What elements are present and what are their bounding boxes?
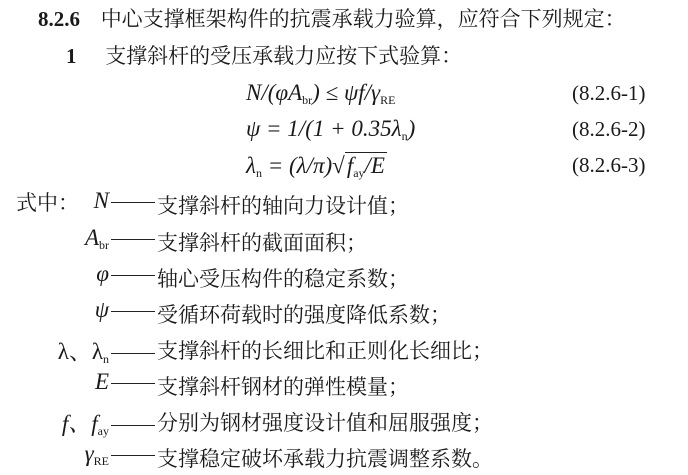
where-label: 式中： <box>16 190 79 216</box>
section-heading: 8.2.6 中心支撑框架构件的抗震承载力验算，应符合下列规定： <box>38 6 626 32</box>
eq3-rad-tail: /E <box>365 153 385 178</box>
clause-item: 1 支撑斜杆的受压承载力应按下式验算： <box>66 43 462 69</box>
def-text-psi: 受循环荷载时的强度降低系数； <box>157 299 451 329</box>
def-symbol-phi: φ <box>96 261 155 287</box>
def-symbol-lambda: λ、λn <box>58 333 155 366</box>
eq1-rhs-sub: RE <box>380 93 395 107</box>
section-title: 中心支撑框架构件的抗震承载力验算，应符合下列规定： <box>101 7 626 31</box>
section-number: 8.2.6 <box>38 7 80 31</box>
eq3-lhs: λ <box>246 153 256 178</box>
dash <box>111 455 155 456</box>
dash <box>111 425 155 426</box>
dash <box>111 202 155 203</box>
dash <box>111 353 155 354</box>
dash <box>111 311 155 312</box>
equation-8-2-6-3: λn = (λ/π)√fay/E <box>246 152 387 179</box>
def-text-N: 支撑斜杆的轴向力设计值； <box>157 190 409 220</box>
def-text-gammaRE: 支撑稳定破坏承载力抗震调整系数。 <box>157 443 493 473</box>
def-text-f: 分别为钢材强度设计值和屈服强度； <box>157 407 493 437</box>
def-text-Abr: 支撑斜杆的截面面积； <box>157 227 367 257</box>
eq3-radicand: fay/E <box>345 152 387 179</box>
equation-label-3: (8.2.6-3) <box>572 153 645 178</box>
def-symbol-f: f、fay <box>62 405 155 438</box>
equation-8-2-6-1: N/(φAbr) ≤ ψf/γRE <box>246 80 395 106</box>
equation-label-2: (8.2.6-2) <box>572 117 645 142</box>
eq1-rhs: ) ≤ ψf/γ <box>312 80 380 105</box>
eq2-tail: ) <box>408 116 416 141</box>
dash <box>111 275 155 276</box>
def-text-phi: 轴心受压构件的稳定系数； <box>157 263 409 293</box>
equation-label-1: (8.2.6-1) <box>572 81 645 106</box>
dash <box>111 383 155 384</box>
equation-8-2-6-2: ψ = 1/(1 + 0.35λn) <box>246 116 415 142</box>
eq3-mid: = (λ/π)√ <box>262 153 345 178</box>
def-text-lambda: 支撑斜杆的长细比和正则化长细比； <box>157 335 493 365</box>
def-symbol-N: N <box>94 188 155 214</box>
item-number: 1 <box>66 44 77 68</box>
def-symbol-psi: ψ <box>95 297 155 323</box>
def-symbol-gammaRE: γRE <box>85 441 155 467</box>
eq2-expr: ψ = 1/(1 + 0.35λ <box>246 116 402 141</box>
def-text-E: 支撑斜杆钢材的弹性模量； <box>157 371 409 401</box>
item-text: 支撑斜杆的受压承载力应按下式验算： <box>105 44 462 68</box>
dash <box>111 239 155 240</box>
eq3-rad-sub: ay <box>353 166 364 180</box>
def-symbol-E: E <box>95 369 155 395</box>
eq1-lhs: N/(φA <box>246 80 302 105</box>
def-symbol-Abr: Abr <box>85 225 155 251</box>
eq1-lhs-sub: br <box>302 93 312 107</box>
